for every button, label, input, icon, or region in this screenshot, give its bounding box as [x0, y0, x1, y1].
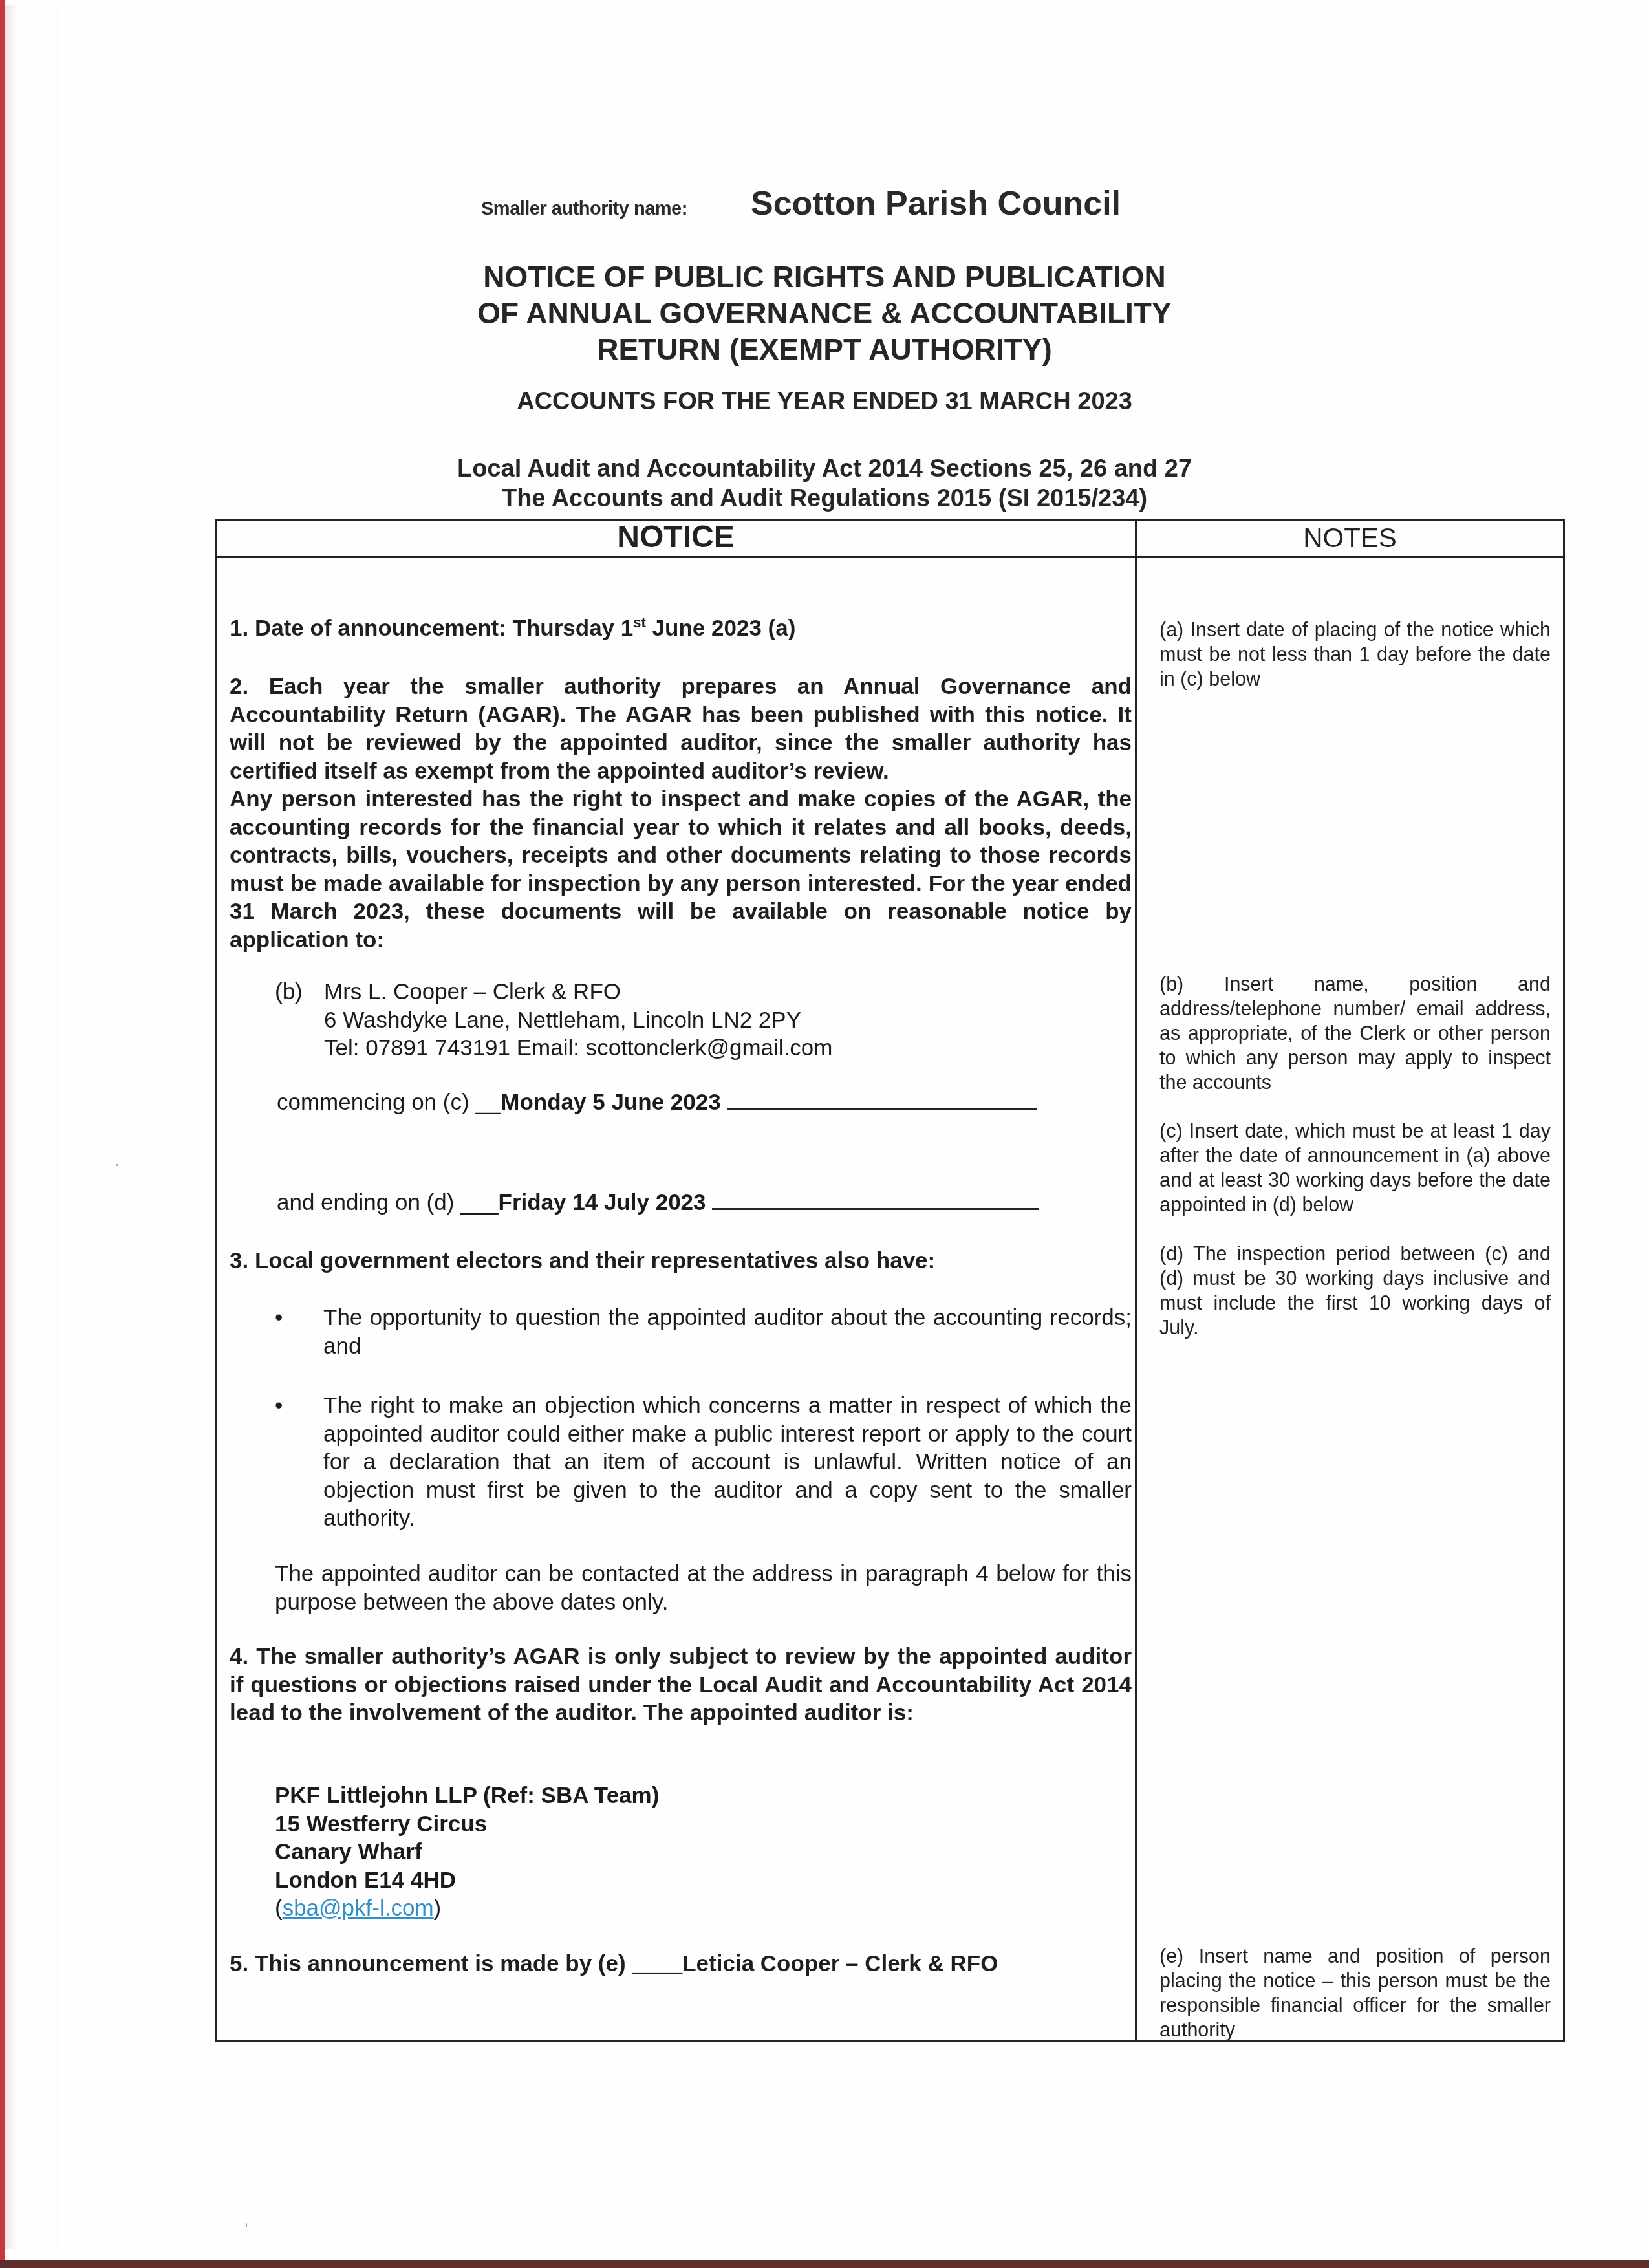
- paragraph-3: 3. Local government electors and their r…: [230, 1247, 1132, 1275]
- bullet-icon: •: [275, 1392, 314, 1420]
- notice-column-header: NOTICE: [217, 517, 1135, 557]
- ending-date-field: and ending on (d) ___Friday 14 July 2023: [277, 1190, 1039, 1216]
- auditor-area: Canary Wharf: [275, 1838, 659, 1866]
- auditor-street: 15 Westferry Circus: [275, 1810, 659, 1839]
- authority-name-label: Smaller authority name:: [481, 199, 687, 220]
- paragraph-4: 4. The smaller authority’s AGAR is only …: [230, 1643, 1132, 1727]
- scan-edge-left: [0, 0, 5, 2268]
- document-title: NOTICE OF PUBLIC RIGHTS AND PUBLICATION …: [388, 259, 1261, 367]
- legislation-line: The Accounts and Audit Regulations 2015 …: [259, 484, 1390, 513]
- table-border-left: [215, 519, 217, 2042]
- rights-bullet: • The opportunity to question the appoin…: [275, 1304, 1132, 1360]
- commencing-date-value: Monday 5 June 2023: [501, 1090, 720, 1115]
- table-border-right: [1563, 519, 1565, 2042]
- scan-speck: [116, 1164, 118, 1166]
- scanner-bottom-edge: [0, 2260, 1649, 2268]
- legislation-reference: Local Audit and Accountability Act 2014 …: [259, 454, 1390, 513]
- note-d: (d) The inspection period between (c) an…: [1159, 1242, 1551, 1340]
- authority-name: Scotton Parish Council: [751, 184, 1121, 223]
- title-line: NOTICE OF PUBLIC RIGHTS AND PUBLICATION: [388, 259, 1261, 295]
- announcer-name: Leticia Cooper – Clerk & RFO: [682, 1951, 998, 1976]
- note-c: (c) Insert date, which must be at least …: [1159, 1119, 1551, 1217]
- note-e: (e) Insert name and position of person p…: [1159, 1944, 1551, 2042]
- fill-line: [727, 1107, 1037, 1110]
- auditor-address: PKF Littlejohn LLP (Ref: SBA Team) 15 We…: [275, 1782, 659, 1923]
- document-subtitle: ACCOUNTS FOR THE YEAR ENDED 31 MARCH 202…: [388, 388, 1261, 416]
- auditor-city: London E14 4HD: [275, 1866, 659, 1895]
- announcement-by: 5. This announcement is made by (e) ____…: [230, 1950, 1132, 1978]
- title-line: RETURN (EXEMPT AUTHORITY): [388, 331, 1261, 367]
- fill-line: [712, 1207, 1039, 1210]
- page-shadow: [5, 5, 59, 2249]
- clerk-name: Mrs L. Cooper – Clerk & RFO: [324, 979, 621, 1004]
- note-ref-b: (b): [275, 978, 324, 1006]
- paragraph-2: 2. Each year the smaller authority prepa…: [230, 673, 1132, 954]
- note-b: (b) Insert name, position and address/te…: [1159, 972, 1551, 1095]
- auditor-contact-note: The appointed auditor can be contacted a…: [275, 1560, 1132, 1616]
- bullet-icon: •: [275, 1304, 314, 1332]
- commencing-date-field: commencing on (c) __Monday 5 June 2023: [277, 1090, 1037, 1116]
- scan-speck: [246, 2223, 247, 2227]
- legislation-line: Local Audit and Accountability Act 2014 …: [259, 454, 1390, 484]
- note-a: (a) Insert date of placing of the notice…: [1159, 618, 1551, 691]
- ending-date-value: Friday 14 July 2023: [499, 1190, 706, 1215]
- clerk-phone-email: Tel: 07891 743191 Email: scottonclerk@gm…: [275, 1034, 832, 1063]
- clerk-address: 6 Washdyke Lane, Nettleham, Lincoln LN2 …: [275, 1006, 832, 1035]
- clerk-contact: (b)Mrs L. Cooper – Clerk & RFO 6 Washdyk…: [275, 978, 832, 1063]
- auditor-email-link[interactable]: sba@pkf-l.com: [283, 1895, 434, 1921]
- title-line: OF ANNUAL GOVERNANCE & ACCOUNTABILITY: [388, 295, 1261, 331]
- auditor-name: PKF Littlejohn LLP (Ref: SBA Team): [275, 1782, 659, 1810]
- rights-bullet: • The right to make an objection which c…: [275, 1392, 1132, 1533]
- table-column-divider: [1135, 519, 1137, 2042]
- notes-column-header: NOTES: [1137, 521, 1563, 555]
- announcement-date: 1. Date of announcement: Thursday 1st Ju…: [230, 614, 1132, 643]
